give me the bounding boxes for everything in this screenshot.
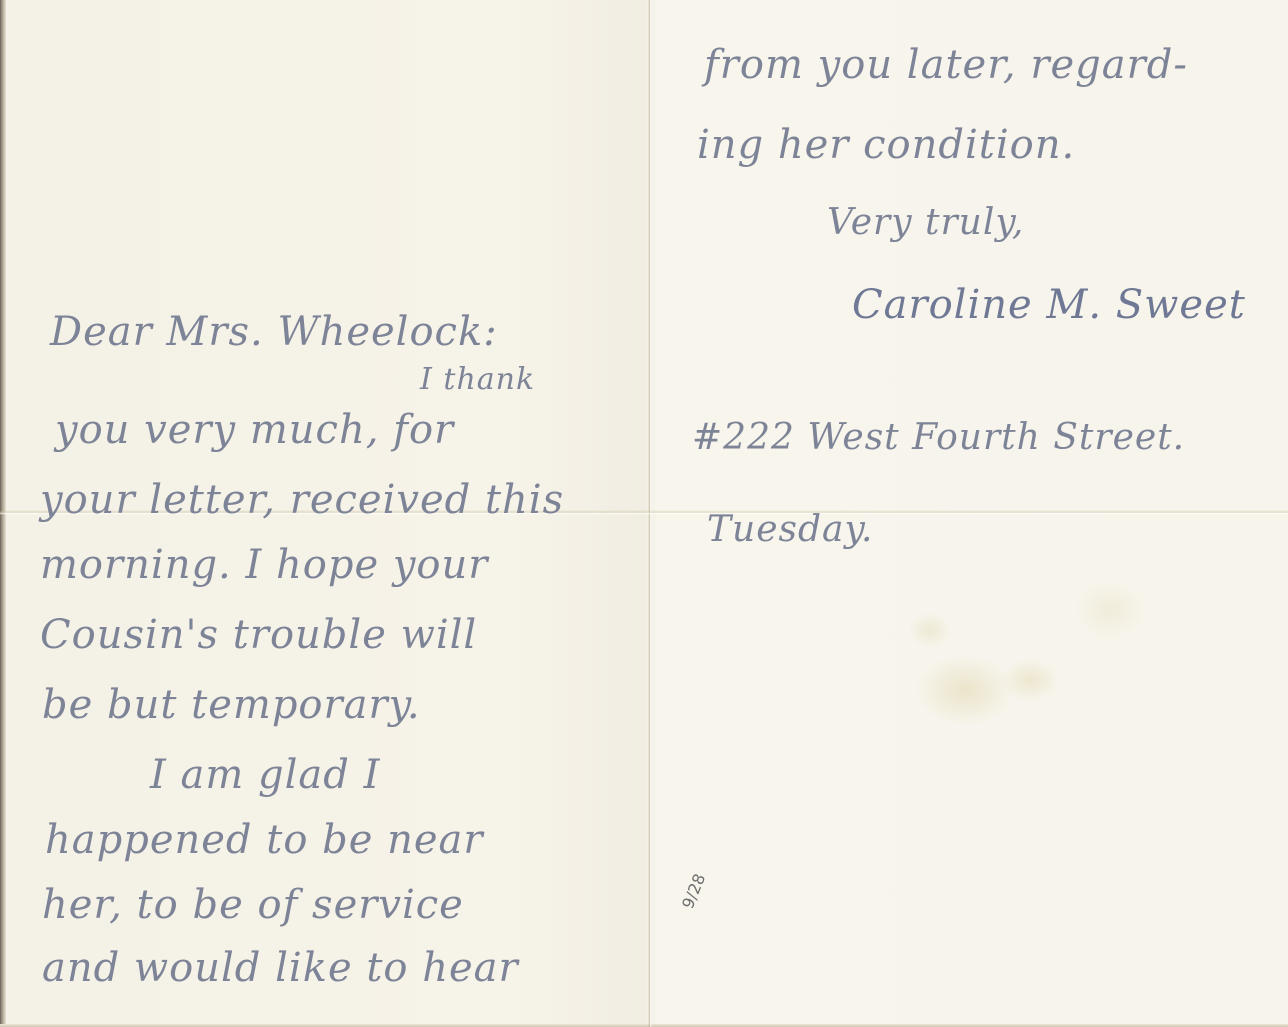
signature: Caroline M. Sweet xyxy=(852,285,1246,325)
letter-line: I thank xyxy=(420,365,535,395)
letter-line: Cousin's trouble will xyxy=(40,615,477,655)
salutation: Dear Mrs. Wheelock: xyxy=(50,312,498,352)
right-page: from you later, regard- ing her conditio… xyxy=(652,0,1288,1027)
letter-line: and would like to hear xyxy=(42,948,519,988)
letter-line: happened to be near xyxy=(45,820,484,860)
address: #222 West Fourth Street. xyxy=(692,420,1185,456)
letter-line: her, to be of service xyxy=(42,885,464,925)
closing: Very truly, xyxy=(827,205,1024,241)
letter-line: from you later, regard- xyxy=(704,45,1188,85)
left-page: Dear Mrs. Wheelock: I thank you very muc… xyxy=(0,0,648,1027)
letter-line: you very much, for xyxy=(55,410,454,450)
letter-line: morning. I hope your xyxy=(40,545,488,585)
day-written: Tuesday. xyxy=(707,512,873,548)
letter-sheet: Dear Mrs. Wheelock: I thank you very muc… xyxy=(0,0,1288,1027)
letter-line: be but temporary. xyxy=(42,685,421,725)
letter-line: I am glad I xyxy=(150,755,380,795)
letter-line: ing her condition. xyxy=(697,125,1075,165)
letter-line: your letter, received this xyxy=(40,480,564,520)
